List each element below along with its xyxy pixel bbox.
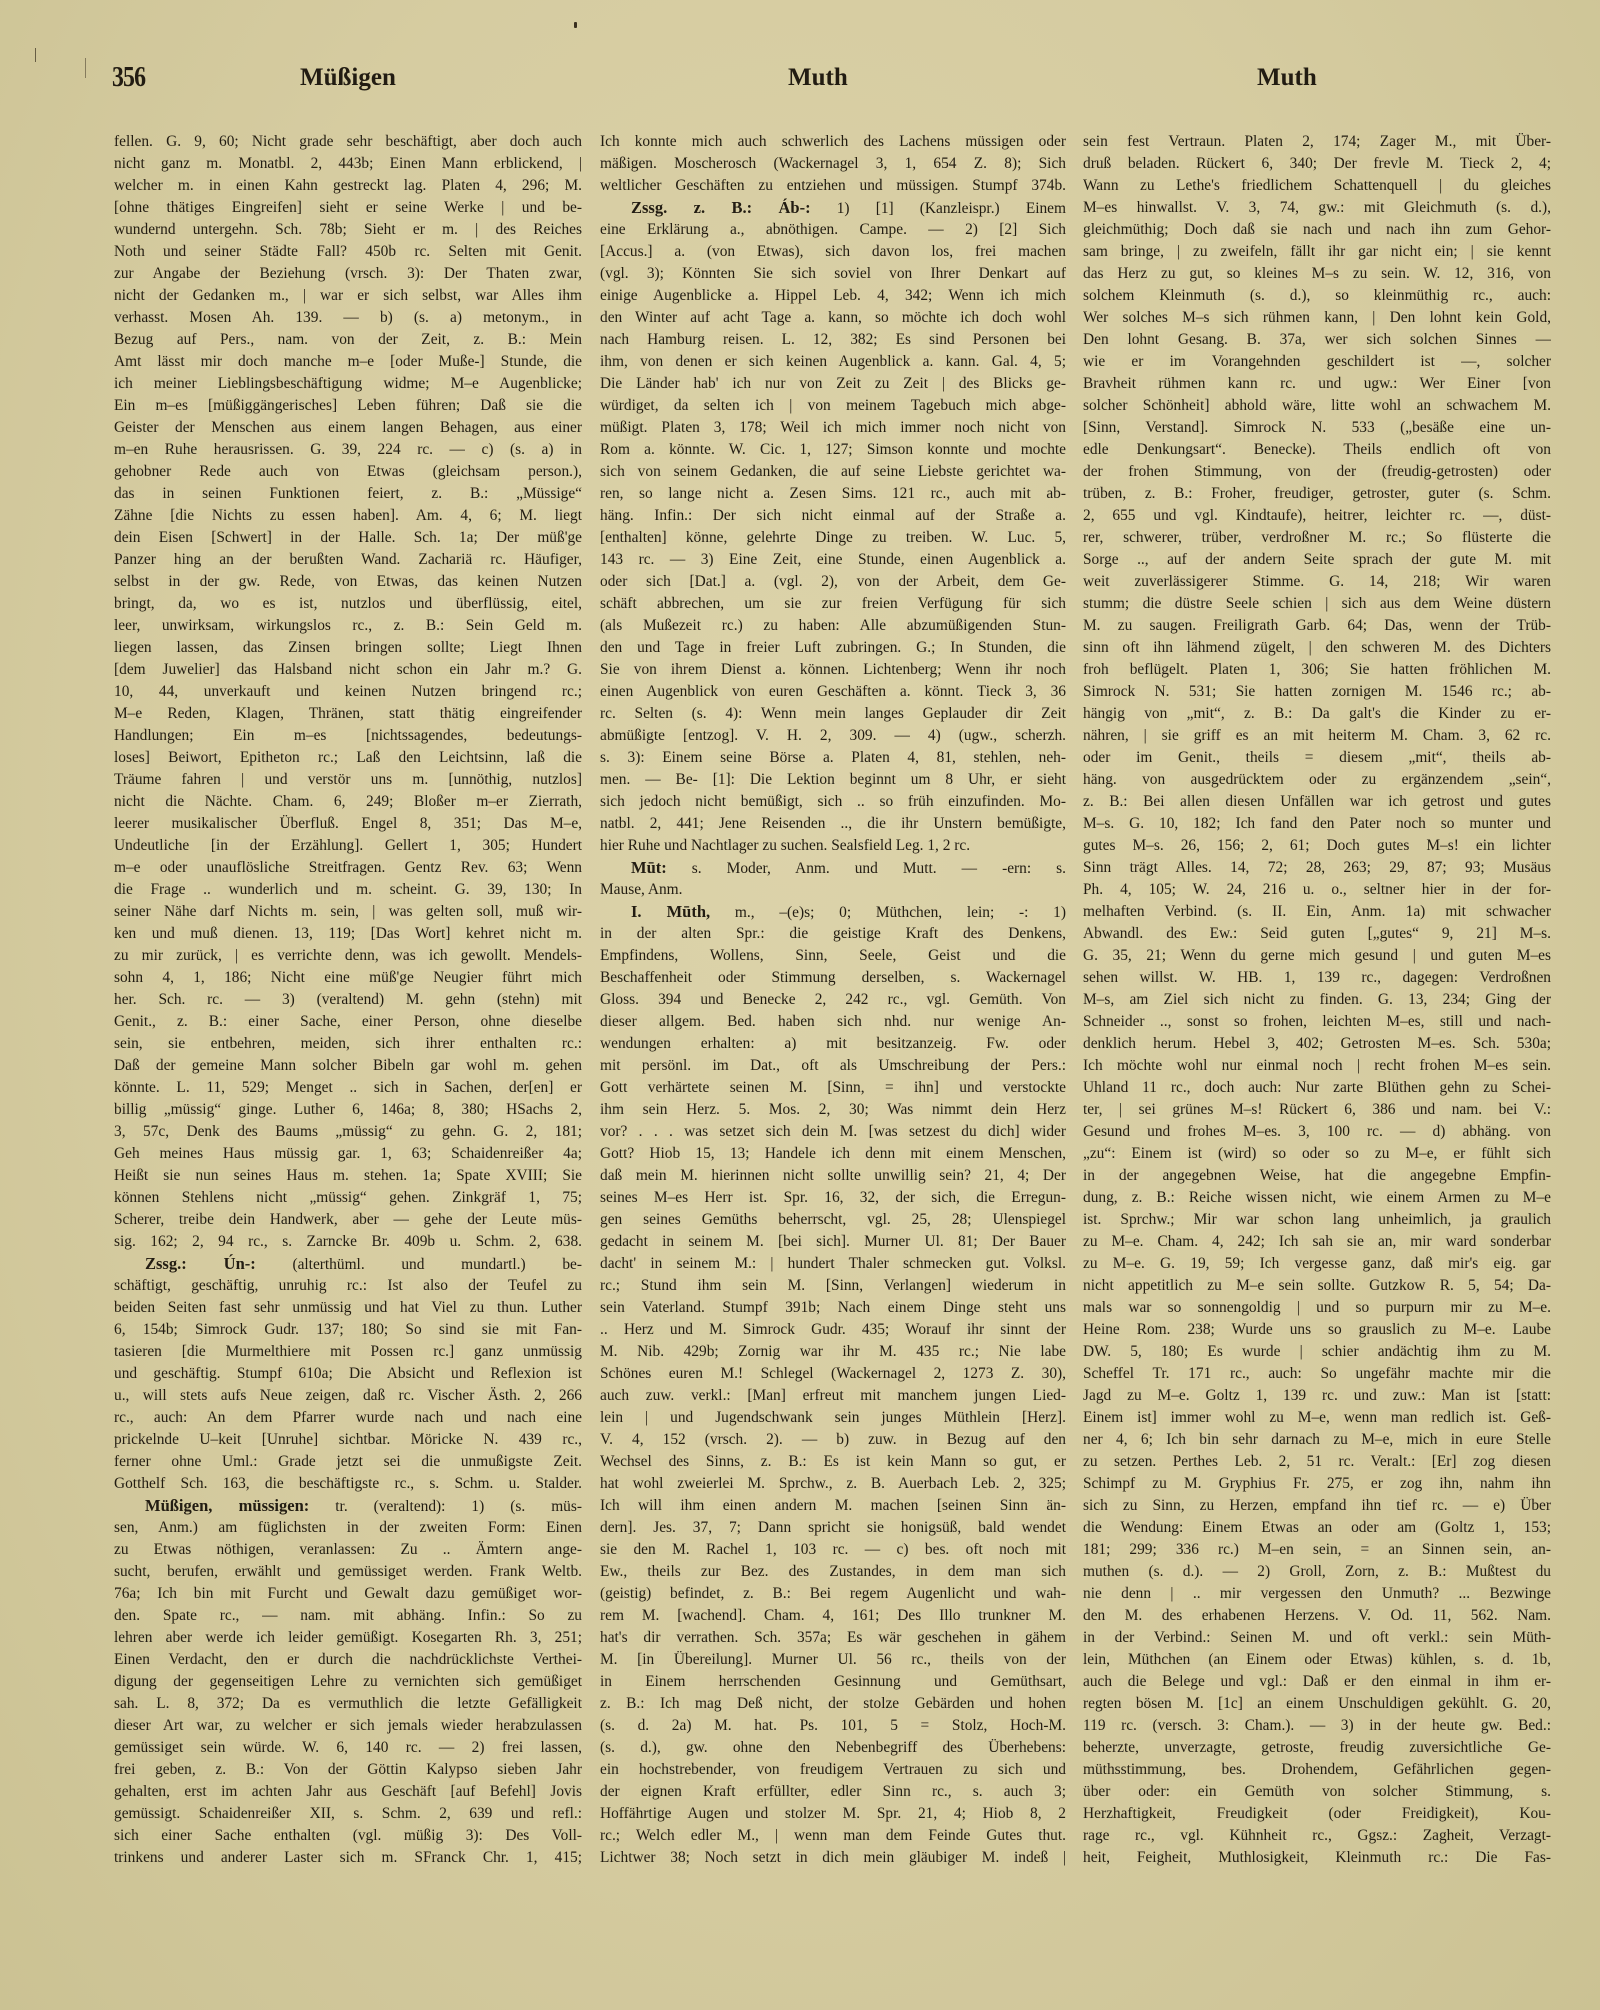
line-text: bringt, da, wo es ist, nutzlos und überf… (114, 595, 582, 612)
text-line: gutes M–s. 26, 156; 2, 61; Doch gutes M–… (1083, 835, 1551, 857)
text-line: sah. L. 8, 372; Da es vermuthlich die le… (114, 1693, 582, 1715)
text-line: her. Sch. rc. — 3) (veraltend) M. gehn (… (114, 989, 582, 1011)
line-text: mit persönl. im Dat., oft als Umschreibu… (600, 1057, 1066, 1074)
line-text: oder im Genit., theils = diesem „mit“, t… (1083, 749, 1551, 766)
line-text: frei geben, z. B.: Von der Göttin Kalyps… (114, 1761, 582, 1778)
line-text: ich meiner Lieblingsbeschäftigung widme;… (114, 375, 582, 392)
line-text: abmüßigte [entzog]. V. H. 2, 309. — 4) (… (600, 727, 1066, 744)
line-text: sohn 4, 1, 186; Nicht eine müß'ge Neugie… (114, 969, 582, 986)
text-line: Daß der gemeine Mann solcher Bibeln gar … (114, 1055, 582, 1077)
text-line: .. Herz und M. Simrock Gudr. 435; Worauf… (600, 1319, 1066, 1341)
text-line: Ich will ihm einen andern M. machen [sei… (600, 1495, 1066, 1517)
line-text: Rom a. könnte. W. Cic. 1, 127; Simson ko… (600, 441, 1066, 458)
line-text: Sorge .., auf der andern Seite sprach de… (1083, 551, 1551, 568)
line-text: Ein m–es [müßiggängerisches] Leben führe… (114, 397, 582, 414)
line-text: Schimpf zu M. Gryphius Fr. 275, er zog i… (1083, 1475, 1551, 1492)
line-text: tasieren [die Murmelthiere mit Possen rc… (114, 1343, 582, 1360)
text-line: Einen Verdacht, den er durch die nachdrü… (114, 1649, 582, 1671)
line-text: 76a; Ich bin mit Furcht und Gewalt dazu … (114, 1585, 582, 1602)
text-line: [enthalten] könne, gelehrte Dinge zu tre… (600, 527, 1066, 549)
line-text: Gott? Hiob 15, 13; Handele ich denn mit … (600, 1145, 1066, 1162)
text-line: Geh meines Haus müssig gar. 1, 63; Schai… (114, 1143, 582, 1165)
line-text: ist. Sprchw.; Mir war schon lang unheiml… (1083, 1211, 1551, 1228)
line-text: ihm, von denen er sich keinen Augenblick… (600, 353, 1066, 370)
text-line: Rom a. könnte. W. Cic. 1, 127; Simson ko… (600, 439, 1066, 461)
line-text: würdiget, da selten ich | von meinem Tag… (600, 397, 1066, 414)
line-text: Ich konnte mich auch schwerlich des Lach… (600, 133, 1066, 150)
line-text: seiner Nähe darf Nichts m. sein, | was g… (114, 903, 582, 920)
line-text: lein, Müthchen (an Einem oder Etwas) küh… (1083, 1651, 1551, 1668)
text-line: nicht ganz m. Monatbl. 2, 443b; Einen Ma… (114, 153, 582, 175)
guide-word-left: Müßigen (300, 62, 396, 94)
line-text: daß mein M. hierinnen nicht sollte unwil… (600, 1167, 1066, 1184)
text-line: [ohne thätiges Eingreifen] sieht er sein… (114, 197, 582, 219)
line-text: gehalten, erst im achten Jahr aus Geschä… (114, 1783, 582, 1800)
text-line: ihm sein Herz. 5. Mos. 2, 30; Was nimmt … (600, 1099, 1066, 1121)
line-text: und geschäftig. Stumpf 610a; Die Absicht… (114, 1365, 582, 1382)
line-text: rage rc., vgl. Kühnheit rc., Ggsz.: Zagh… (1083, 1827, 1551, 1844)
line-text: welcher m. in einen Kahn gestreckt lag. … (114, 177, 582, 194)
line-text: sein fest Vertraun. Platen 2, 174; Zager… (1083, 133, 1551, 150)
line-text: sein, sie entbehren, meiden, sich ihrer … (114, 1035, 582, 1052)
text-line: M. Nib. 429b; Zornig war ihr M. 435 rc.;… (600, 1341, 1066, 1363)
text-line: Beschaffenheit oder Stimmung derselben, … (600, 967, 1066, 989)
text-line: die Frage .. wunderlich und m. scheint. … (114, 879, 582, 901)
text-line: zu M–e. Cham. 4, 242; Ich sah sie an, mi… (1083, 1231, 1551, 1253)
entry-headword-line: Zssg. z. B.: Áb-: 1) [1] (Kanzleispr.) E… (600, 197, 1066, 219)
text-line: m–e oder unauflösliche Streitfragen. Gen… (114, 857, 582, 879)
line-text: Schneider .., sonst so frohen, leichten … (1083, 1013, 1551, 1030)
line-text: schäft abbrechen, um sie zur freien Verf… (600, 595, 1066, 612)
line-text: den M. des erhabenen Herzens. V. Od. 11,… (1083, 1607, 1551, 1624)
text-line: solcher Schönheit] abhold wäre, litte wo… (1083, 395, 1551, 417)
text-line: mit persönl. im Dat., oft als Umschreibu… (600, 1055, 1066, 1077)
text-line: den M. des erhabenen Herzens. V. Od. 11,… (1083, 1605, 1551, 1627)
line-text: z. B.: Ich mag Deß nicht, der stolze Geb… (600, 1695, 1066, 1712)
text-line: ihm, von denen er sich keinen Augenblick… (600, 351, 1066, 373)
text-line: Scherer, treibe dein Handwerk, aber — ge… (114, 1209, 582, 1231)
text-line: sie den M. Rachel 1, 103 rc. — c) bes. o… (600, 1539, 1066, 1561)
line-text: M–s. G. 10, 182; Ich fand den Pater noch… (1083, 815, 1551, 832)
text-line: 2, 655 und vgl. Kindtaufe), heitrer, lei… (1083, 505, 1551, 527)
line-text: leer, unwirksam, wirkungslos rc., z. B.:… (114, 617, 582, 634)
line-text: rc.; Stund ihm sein M. [Sinn, Verlangen]… (600, 1277, 1066, 1294)
text-line: seiner Nähe darf Nichts m. sein, | was g… (114, 901, 582, 923)
line-text: loses] Beiwort, Epitheton rc.; Laß den L… (114, 749, 582, 766)
text-line: sich jedoch nicht bemüßigt, sich .. so f… (600, 791, 1066, 813)
line-text: Genit., z. B.: einer Sache, einer Person… (114, 1013, 582, 1030)
text-line: heit, Feigheit, Muthlosigkeit, Kleinmuth… (1083, 1847, 1551, 1869)
line-text: die Wendung: Einem Etwas an oder am (Gol… (1083, 1519, 1551, 1536)
line-text: Wer solches M–s sich rühmen kann, | Den … (1083, 309, 1551, 326)
headword: Mūt: (631, 858, 667, 877)
line-text: sinn oft ihn lähmend zügelt, | den schwe… (1083, 639, 1551, 656)
text-line: sich einer Sache enthalten (vgl. müßig 3… (114, 1825, 582, 1847)
line-text: 3, 57c, Denk des Baums „müssig“ zu gehn.… (114, 1123, 582, 1140)
line-text: Herzhaftigkeit, Freudigkeit (oder Freidi… (1083, 1805, 1551, 1822)
line-text: nicht appetitlich zu M–e sein sollte. Gu… (1083, 1277, 1551, 1294)
text-line: sich von seinem Gedanken, die auf seine … (600, 461, 1066, 483)
line-text: eine Erklärung a., abnöthigen. Campe. — … (600, 221, 1066, 238)
text-line: Panzer hing an der berußten Wand. Zachar… (114, 549, 582, 571)
line-text: mals war so sonnengoldig | und so purpur… (1083, 1299, 1551, 1316)
text-line: Ich konnte mich auch schwerlich des Lach… (600, 131, 1066, 153)
line-text: M–es hinwallst. V. 3, 74, gw.: mit Gleic… (1083, 199, 1551, 216)
text-line: hängig von „mit“, z. B.: Da galt's die K… (1083, 703, 1551, 725)
text-line: M–s. G. 10, 182; Ich fand den Pater noch… (1083, 813, 1551, 835)
text-line: auch zuw. verkl.: [Man] erfreut mit manc… (600, 1385, 1066, 1407)
line-text: sie den M. Rachel 1, 103 rc. — c) bes. o… (600, 1541, 1066, 1558)
text-line: Sie von ihrem Dienst a. können. Lichtenb… (600, 659, 1066, 681)
line-text: (geistig) befindet, z. B.: Bei regem Aug… (600, 1585, 1066, 1602)
text-line: vor? . . . was setzet sich dein M. [was … (600, 1121, 1066, 1143)
text-line: frei geben, z. B.: Von der Göttin Kalyps… (114, 1759, 582, 1781)
line-text: [ohne thätiges Eingreifen] sieht er sein… (114, 199, 582, 216)
text-line: nicht die Nächte. Cham. 6, 249; Bloßer m… (114, 791, 582, 813)
line-text: fellen. G. 9, 60; Nicht grade sehr besch… (114, 133, 582, 150)
text-line: Die Länder hab' ich nur von Zeit zu Zeit… (600, 373, 1066, 395)
text-line: fellen. G. 9, 60; Nicht grade sehr besch… (114, 131, 582, 153)
text-line: [dem Juwelier] das Halsband nicht schon … (114, 659, 582, 681)
text-line: sinn oft ihn lähmend zügelt, | den schwe… (1083, 637, 1551, 659)
line-text: sich einer Sache enthalten (vgl. müßig 3… (114, 1827, 582, 1844)
line-text: Sinn trägt Alles. 14, 72; 28, 263; 29, 8… (1083, 859, 1551, 876)
line-text: hängig von „mit“, z. B.: Da galt's die K… (1083, 705, 1551, 722)
line-text: Scherer, treibe dein Handwerk, aber — ge… (114, 1211, 582, 1228)
line-text: müthsstimmung, bes. Drohendem, Gefährlic… (1083, 1761, 1551, 1778)
line-text: (s. d. 2a) M. hat. Ps. 101, 5 = Stolz, H… (600, 1717, 1066, 1734)
line-text: das Herz zu gut, so kleines M–s zu sein.… (1083, 265, 1551, 282)
text-column-2: Ich konnte mich auch schwerlich des Lach… (600, 131, 1066, 1869)
text-line: Herzhaftigkeit, Freudigkeit (oder Freidi… (1083, 1803, 1551, 1825)
line-text: z. B.: Bei allen diesen Unfällen war ich… (1083, 793, 1551, 810)
line-text: selbst in der gw. Rede, von Etwas, das k… (114, 573, 582, 590)
line-text: nähren, | sie griff es an mit heiterm M.… (1083, 727, 1551, 744)
text-line: ist. Sprchw.; Mir war schon lang unheiml… (1083, 1209, 1551, 1231)
line-text: den und Tage in freier Luft zubringen. G… (600, 639, 1066, 656)
entry-headword-line: Müßigen, müssigen: tr. (veraltend): 1) (… (114, 1495, 582, 1517)
text-line: sohn 4, 1, 186; Nicht eine müß'ge Neugie… (114, 967, 582, 989)
text-line: zu M–e. G. 19, 59; Ich vergesse ganz, da… (1083, 1253, 1551, 1275)
text-line: Jagd zu M–e. Goltz 1, 139 rc. und zuw.: … (1083, 1385, 1551, 1407)
text-line: beiden Seiten fast sehr unmüssig und hat… (114, 1297, 582, 1319)
text-line: Heißt sie nun seines Haus m. stehen. 1a;… (114, 1165, 582, 1187)
line-text: gleichmüthig; Doch daß sie nach und nach… (1083, 221, 1551, 238)
text-line: Heine Rom. 238; Wurde uns so grauslich z… (1083, 1319, 1551, 1341)
text-line: sucht, berufen, erwählt und gemüssiget w… (114, 1561, 582, 1583)
line-text: weit zuverlässigerer Stimme. G. 14, 218;… (1083, 573, 1551, 590)
line-text: 119 rc. (versch. 3: Cham.). — 3) in der … (1083, 1717, 1551, 1734)
text-line: eine Erklärung a., abnöthigen. Campe. — … (600, 219, 1066, 241)
text-line: regten bösen M. [1c] an einem Unschuldig… (1083, 1693, 1551, 1715)
text-line: rc.; Stund ihm sein M. [Sinn, Verlangen]… (600, 1275, 1066, 1297)
text-line: wie er im Vorangehnden geschildert ist —… (1083, 351, 1551, 373)
line-text: ter, | sei grünes M–s! Rückert 6, 386 un… (1083, 1101, 1551, 1118)
guide-word-center: Muth (788, 62, 848, 94)
line-text: Mause, Anm. (600, 881, 683, 898)
line-text: DW. 5, 180; Es wurde | schier andächtig … (1083, 1343, 1551, 1360)
line-text: verhasst. Mosen Ah. 139. — b) (s. a) met… (114, 309, 582, 326)
line-text: Noth und seiner Städte Fall? 450b rc. Se… (114, 243, 582, 260)
line-text: den Winter auf acht Tage a. kann, so möc… (600, 309, 1066, 326)
text-line: gehalten, erst im achten Jahr aus Geschä… (114, 1781, 582, 1803)
text-line: (als Mußezeit rc.) zu haben: Alle abzumü… (600, 615, 1066, 637)
text-line: mäßigen. Moscherosch (Wackernagel 3, 1, … (600, 153, 1066, 175)
line-text: der frohen Stimmung, von der (freudig-ge… (1083, 463, 1551, 480)
text-line: „zu“: Einem ist (wird) so oder so zu M–e… (1083, 1143, 1551, 1165)
text-line: [Accus.] a. (von Etwas), sich davon los,… (600, 241, 1066, 263)
text-line: gleichmüthig; Doch daß sie nach und nach… (1083, 219, 1551, 241)
line-text: leerer musikalischer Überfluß. Engel 8, … (114, 815, 582, 832)
text-line: Gesund und frohes M–es. 3, 100 rc. — d) … (1083, 1121, 1551, 1143)
line-text: m–e oder unauflösliche Streitfragen. Gen… (114, 859, 582, 876)
line-text: 181; 299; 336 rc.) M–en sein, = an Sinne… (1083, 1541, 1551, 1558)
text-line: nie denn | .. mir vergessen den Unmuth? … (1083, 1583, 1551, 1605)
line-text: prickelnde U–keit [Unruhe] sichtbar. Mör… (114, 1431, 582, 1448)
line-text: Ew., theils zur Bez. des Zustandes, in d… (600, 1563, 1066, 1580)
text-line: dacht' in seinem M.: | hundert Thaler sc… (600, 1253, 1066, 1275)
text-line: Gotthelf Sch. 163, die beschäftigste rc.… (114, 1473, 582, 1495)
line-text: ner 4, 6; Ich bin sehr darnach zu M–e, m… (1083, 1431, 1551, 1448)
text-line: Simrock N. 531; Sie hatten zornigen M. 1… (1083, 681, 1551, 703)
text-line: den und Tage in freier Luft zubringen. G… (600, 637, 1066, 659)
line-text: [dem Juwelier] das Halsband nicht schon … (114, 661, 582, 678)
text-line: Uhland 11 rc., doch auch: Nur zarte Blüt… (1083, 1077, 1551, 1099)
text-line: in der Verbind.: Seinen M. und oft verkl… (1083, 1627, 1551, 1649)
text-line: ter, | sei grünes M–s! Rückert 6, 386 un… (1083, 1099, 1551, 1121)
line-text: ren, so lange nicht a. Zesen Sims. 121 r… (600, 485, 1066, 502)
text-line: die Wendung: Einem Etwas an oder am (Gol… (1083, 1517, 1551, 1539)
line-text: stumm; die düstre Seele schien | sich au… (1083, 595, 1551, 612)
line-text: 143 rc. — 3) Eine Zeit, eine Stunde, ein… (600, 551, 1066, 568)
text-line: billig „müssig“ ginge. Luther 6, 146a; 8… (114, 1099, 582, 1121)
text-line: in Einem herrschenden Gesinnung und Gemü… (600, 1671, 1066, 1693)
text-line: sehen willst. W. HB. 1, 139 rc., dagegen… (1083, 967, 1551, 989)
text-line: den Winter auf acht Tage a. kann, so möc… (600, 307, 1066, 329)
text-line: Gott? Hiob 15, 13; Handele ich denn mit … (600, 1143, 1066, 1165)
line-text: mäßigen. Moscherosch (Wackernagel 3, 1, … (600, 155, 1066, 172)
line-text: Empfindens, Wollens, Sinn, Seele, Geist … (600, 947, 1066, 964)
text-line: Schimpf zu M. Gryphius Fr. 275, er zog i… (1083, 1473, 1551, 1495)
line-text: vor? . . . was setzet sich dein M. [was … (600, 1123, 1066, 1140)
text-line: 119 rc. (versch. 3: Cham.). — 3) in der … (1083, 1715, 1551, 1737)
line-text: (s. d.), gw. ohne den Nebenbegriff des Ü… (600, 1739, 1066, 1756)
text-line: dieser allgem. Bed. haben sich nhd. nur … (600, 1011, 1066, 1033)
line-text: solchem Kleinmuth (s. d.), so kleinmüthi… (1083, 287, 1551, 304)
text-line: Ew., theils zur Bez. des Zustandes, in d… (600, 1561, 1066, 1583)
line-text: Einen Verdacht, den er durch die nachdrü… (114, 1651, 582, 1668)
line-text: Jagd zu M–e. Goltz 1, 139 rc. und zuw.: … (1083, 1387, 1551, 1404)
line-text: einige Augenblicke a. Hippel Leb. 4, 342… (600, 287, 1066, 304)
line-text: s. 3): Einem seine Börse a. Platen 4, 81… (600, 749, 1066, 766)
line-text: das in seinen Funktionen feiert, z. B.: … (114, 485, 582, 502)
text-line: [Sinn, Verstand]. Simrock N. 533 („besäß… (1083, 417, 1551, 439)
line-text: sich jedoch nicht bemüßigt, sich .. so f… (600, 793, 1066, 810)
line-text: hier Ruhe und Nachtlager zu suchen. Seal… (600, 837, 970, 854)
text-line: gen seines Gemüths beherrscht, vgl. 25, … (600, 1209, 1066, 1231)
text-line: sein fest Vertraun. Platen 2, 174; Zager… (1083, 131, 1551, 153)
text-line: 10, 44, unverkauft und keinen Nutzen bri… (114, 681, 582, 703)
text-line: Bravheit rühmen kann rc. und ugw.: Wer E… (1083, 373, 1551, 395)
line-text: [Sinn, Verstand]. Simrock N. 533 („besäß… (1083, 419, 1551, 436)
line-text: liegen lassen, das Zinsen bringen sollte… (114, 639, 582, 656)
text-line: Hoffährtige Augen und stolzer M. Spr. 21… (600, 1803, 1066, 1825)
line-text: zu M–e. Cham. 4, 242; Ich sah sie an, mi… (1083, 1233, 1551, 1250)
text-line: wundernd untergehn. Sch. 78b; Sieht er m… (114, 219, 582, 241)
text-line: rc.; Welch edler M., | wenn man dem Fein… (600, 1825, 1066, 1847)
text-line: ner 4, 6; Ich bin sehr darnach zu M–e, m… (1083, 1429, 1551, 1451)
line-text: dein Eisen [Schwert] in der Halle. Sch. … (114, 529, 582, 546)
headword: Müßigen, müssigen: (145, 1496, 309, 1515)
text-line: edle Denkungsart“. Benecke). Theils endl… (1083, 439, 1551, 461)
line-text: dieser allgem. Bed. haben sich nhd. nur … (600, 1013, 1066, 1030)
line-text: zur Angabe der Beziehung (vrsch. 3): Der… (114, 265, 582, 282)
line-text: nach Hamburg reisen. L. 12, 382; Es sind… (600, 331, 1066, 348)
text-line: lehren aber werde ich leider gemüßigt. K… (114, 1627, 582, 1649)
line-text: nicht der Gedanken m., | war er sich sel… (114, 287, 582, 304)
line-text: Die Länder hab' ich nur von Zeit zu Zeit… (600, 375, 1066, 392)
line-text: einen Augenblick von euren Geschäften a.… (600, 683, 1066, 700)
line-text: natbl. 2, 441; Jene Reisenden .., die ih… (600, 815, 1066, 832)
text-line: lein | und Jugendschwank sein junges Müt… (600, 1407, 1066, 1429)
text-line: über oder: ein Gemüth von solcher Stimmu… (1083, 1781, 1551, 1803)
text-line: mals war so sonnengoldig | und so purpur… (1083, 1297, 1551, 1319)
line-text: Amt lässt mir doch manche m–e [oder Muße… (114, 353, 582, 370)
line-text: s. Moder, Anm. und Mutt. — -ern: s. (667, 860, 1066, 877)
text-line: nicht appetitlich zu M–e sein sollte. Gu… (1083, 1275, 1551, 1297)
text-line: zu Etwas nöthigen, veranlassen: Zu .. Äm… (114, 1539, 582, 1561)
text-line: hier Ruhe und Nachtlager zu suchen. Seal… (600, 835, 1066, 857)
line-text: zu setzen. Perthes Leb. 2, 51 rc. Veralt… (1083, 1453, 1551, 1470)
text-line: könnte. L. 11, 529; Menget .. sich in Sa… (114, 1077, 582, 1099)
line-text: M. Nib. 429b; Zornig war ihr M. 435 rc.;… (600, 1343, 1066, 1360)
text-line: Wechsel des Sinns, z. B.: Es ist kein Ma… (600, 1451, 1066, 1473)
text-line: einige Augenblicke a. Hippel Leb. 4, 342… (600, 285, 1066, 307)
line-text: den. Spate rc., — nam. mit abhäng. Infin… (114, 1607, 582, 1624)
headword: Zssg.: Ún-: (145, 1254, 256, 1273)
text-line: tasieren [die Murmelthiere mit Possen rc… (114, 1341, 582, 1363)
headword: I. Mūth, (631, 902, 710, 921)
text-line: sam bringe, | zu zweifeln, fällt ihr gar… (1083, 241, 1551, 263)
text-line: natbl. 2, 441; Jene Reisenden .., die ih… (600, 813, 1066, 835)
text-line: solchem Kleinmuth (s. d.), so kleinmüthi… (1083, 285, 1551, 307)
line-text: billig „müssig“ ginge. Luther 6, 146a; 8… (114, 1101, 582, 1118)
text-line: dieser Art war, zu welcher er sich jemal… (114, 1715, 582, 1737)
line-text: Einem ist] immer wohl zu M–e, wenn man r… (1083, 1409, 1551, 1426)
line-text: beiden Seiten fast sehr unmüssig und hat… (114, 1299, 582, 1316)
line-text: .. Herz und M. Simrock Gudr. 435; Worauf… (600, 1321, 1066, 1338)
text-line: z. B.: Ich mag Deß nicht, der stolze Geb… (600, 1693, 1066, 1715)
line-text: rem M. [wachend]. Cham. 4, 161; Des Illo… (600, 1607, 1066, 1624)
line-text: m–en Ruhe herausrissen. G. 39, 224 rc. —… (114, 441, 582, 458)
line-text: sucht, berufen, erwählt und gemüssiget w… (114, 1563, 582, 1580)
text-line: weltlicher Geschäften zu entziehen und m… (600, 175, 1066, 197)
line-text: seines M–es Herr ist. Spr. 16, 32, der s… (600, 1189, 1066, 1206)
text-line: digung der gegenseitigen Lehre zu vernic… (114, 1671, 582, 1693)
line-text: gemüssigt. Schaidenreißer XII, s. Schm. … (114, 1805, 582, 1822)
text-line: schäftigt, geschäftig, unruhig rc.: Ist … (114, 1275, 582, 1297)
line-text: die Frage .. wunderlich und m. scheint. … (114, 881, 582, 898)
text-line: dern]. Jes. 37, 7; Dann spricht sie honi… (600, 1517, 1066, 1539)
line-text: melhaften Verbind. (s. II. Ein, Anm. 1a)… (1083, 903, 1551, 920)
text-line: Geister der Menschen aus einem langen Be… (114, 417, 582, 439)
text-line: 3, 57c, Denk des Baums „müssig“ zu gehn.… (114, 1121, 582, 1143)
text-line: rage rc., vgl. Kühnheit rc., Ggsz.: Zagh… (1083, 1825, 1551, 1847)
line-text: sich von seinem Gedanken, die auf seine … (600, 463, 1066, 480)
line-text: muthen (s. d.). — 2) Groll, Zorn, z. B.:… (1083, 1563, 1551, 1580)
text-line: dung, z. B.: Reiche wissen nicht, wie ei… (1083, 1187, 1551, 1209)
line-text: nicht die Nächte. Cham. 6, 249; Bloßer m… (114, 793, 582, 810)
line-text: zu M–e. G. 19, 59; Ich vergesse ganz, da… (1083, 1255, 1551, 1272)
line-text: Gott verhärtete seinen M. [Sinn, = ihn] … (600, 1079, 1066, 1096)
line-text: nie denn | .. mir vergessen den Unmuth? … (1083, 1585, 1551, 1602)
text-line: zu setzen. Perthes Leb. 2, 51 rc. Veralt… (1083, 1451, 1551, 1473)
text-line: hat wohl zweierlei M. Sprchw., z. B. Aue… (600, 1473, 1066, 1495)
text-line: Sorge .., auf der andern Seite sprach de… (1083, 549, 1551, 571)
entry-headword-line: Zssg.: Ún-: (alterthüml. und mundartl.) … (114, 1253, 582, 1275)
line-text: hat's dir verrathen. Sch. 357a; Es wär g… (600, 1629, 1066, 1646)
line-text: trüben, z. B.: Froher, freudiger, getros… (1083, 485, 1551, 502)
text-line: welcher m. in einen Kahn gestreckt lag. … (114, 175, 582, 197)
line-text: ferner ohne Uml.: Grade jetzt sei die un… (114, 1453, 582, 1470)
text-line: seines M–es Herr ist. Spr. 16, 32, der s… (600, 1187, 1066, 1209)
line-text: V. 4, 152 (vrsch. 2). — b) zuw. in Bezug… (600, 1431, 1066, 1448)
text-line: Gloss. 394 und Benecke 2, 242 rc., vgl. … (600, 989, 1066, 1011)
line-text: druß beladen. Rückert 6, 340; Der frevle… (1083, 155, 1551, 172)
text-line: M. [in Übereilung]. Murner Ul. 56 rc., t… (600, 1649, 1066, 1671)
line-text: in der angegebnen Weise, hat die angegeb… (1083, 1167, 1551, 1184)
text-line: sein, sie entbehren, meiden, sich ihrer … (114, 1033, 582, 1055)
text-line: ein hochstrebender, von freudigem Vertra… (600, 1759, 1066, 1781)
text-line: M. zu saugen. Freiligrath Garb. 64; Das,… (1083, 615, 1551, 637)
line-text: Ich will ihm einen andern M. machen [sei… (600, 1497, 1066, 1514)
line-text: [enthalten] könne, gelehrte Dinge zu tre… (600, 529, 1066, 546)
text-line: Den lohnt Gesang. B. 37a, wer sich solch… (1083, 329, 1551, 351)
text-line: und geschäftig. Stumpf 610a; Die Absicht… (114, 1363, 582, 1385)
text-line: in der alten Spr.: die geistige Kraft de… (600, 923, 1066, 945)
line-text: Beschaffenheit oder Stimmung derselben, … (600, 969, 1066, 986)
line-text: 1) [1] (Kanzleispr.) Einem (811, 200, 1066, 217)
line-text: hat wohl zweierlei M. Sprchw., z. B. Aue… (600, 1475, 1066, 1492)
text-line: dein Eisen [Schwert] in der Halle. Sch. … (114, 527, 582, 549)
text-line: Gott verhärtete seinen M. [Sinn, = ihn] … (600, 1077, 1066, 1099)
line-text: (als Mußezeit rc.) zu haben: Alle abzumü… (600, 617, 1066, 634)
text-line: schäft abbrechen, um sie zur freien Verf… (600, 593, 1066, 615)
text-column-1: fellen. G. 9, 60; Nicht grade sehr besch… (114, 131, 582, 1869)
text-line: stumm; die düstre Seele schien | sich au… (1083, 593, 1551, 615)
text-line: Schneider .., sonst so frohen, leichten … (1083, 1011, 1551, 1033)
text-line: gedacht in seinem M. [bei sich]. Murner … (600, 1231, 1066, 1253)
text-line: Amt lässt mir doch manche m–e [oder Muße… (114, 351, 582, 373)
text-line: der eignen Kraft erfüllter, edler Sinn r… (600, 1781, 1066, 1803)
line-text: ihm sein Herz. 5. Mos. 2, 30; Was nimmt … (600, 1101, 1066, 1118)
text-line: (s. d. 2a) M. hat. Ps. 101, 5 = Stolz, H… (600, 1715, 1066, 1737)
line-text: wie er im Vorangehnden geschildert ist —… (1083, 353, 1551, 370)
line-text: sen, Anm.) am füglichsten in der zweiten… (114, 1519, 582, 1536)
line-text: ken und muß dienen. 13, 119; [Das Wort] … (114, 925, 582, 942)
text-line: Ph. 4, 105; W. 24, 216 u. o., seltner hi… (1083, 879, 1551, 901)
line-text: oder sich [Dat.] a. (vgl. 2), von der Ar… (600, 573, 1066, 590)
line-text: wendungen erhalten: a) mit besitzanzeig.… (600, 1035, 1066, 1052)
line-text: Sie von ihrem Dienst a. können. Lichtenb… (600, 661, 1066, 678)
text-line: Bezug auf Pers., nam. von der Zeit, z. B… (114, 329, 582, 351)
line-text: Scheffel Tr. 171 rc., auch: So ungefähr … (1083, 1365, 1551, 1382)
text-line: selbst in der gw. Rede, von Etwas, das k… (114, 571, 582, 593)
text-line: bringt, da, wo es ist, nutzlos und überf… (114, 593, 582, 615)
text-line: ken und muß dienen. 13, 119; [Das Wort] … (114, 923, 582, 945)
text-line: beherzte, unverzagte, getroste, freudig … (1083, 1737, 1551, 1759)
line-text: rer, schwerer, trüber, verdroßner M. rc.… (1083, 529, 1551, 546)
